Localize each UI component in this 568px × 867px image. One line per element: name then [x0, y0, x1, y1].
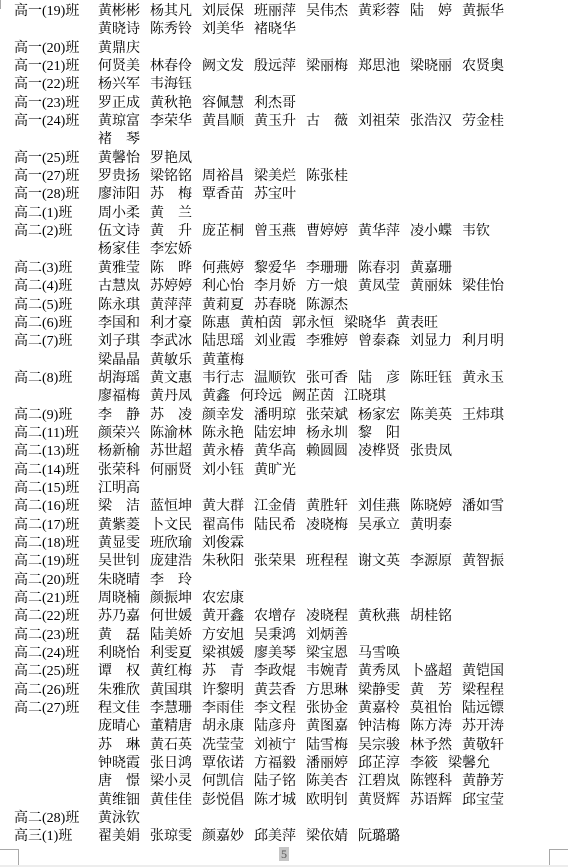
- student-name: 苏 琳: [98, 737, 140, 755]
- student-name: 黄智振: [462, 553, 504, 571]
- student-name: 温顺钦: [254, 370, 296, 388]
- student-name: 苏春晓: [254, 297, 296, 315]
- table-row: 高二(13)班 杨新榆苏世超黄永椿黄华高赖圆圆凌桦贤张贵凤: [0, 443, 568, 461]
- student-name: 黄秋艳: [150, 95, 192, 113]
- student-name: 谭 权: [98, 663, 140, 681]
- student-name: 陆民希: [254, 517, 296, 535]
- student-name: 黄胜轩: [306, 498, 348, 516]
- student-name: 黄石英: [150, 737, 192, 755]
- table-row: 高二(28)班 黄泳钦: [0, 810, 568, 828]
- class-label: 高一(24)班: [14, 113, 98, 131]
- class-label: 高二(16)班: [14, 498, 98, 516]
- student-name: 黄泳钦: [98, 810, 140, 828]
- student-name: 黄图嘉: [306, 718, 348, 736]
- student-name: 杨新榆: [98, 443, 140, 461]
- student-name: 何玲远: [240, 388, 282, 406]
- class-label: 高二(19)班: [14, 553, 98, 571]
- student-name: 胡永康: [202, 718, 244, 736]
- student-name: 杨永圳: [306, 425, 348, 443]
- student-name: 覃香苗: [202, 186, 244, 204]
- student-name: 翟美娟: [98, 828, 140, 846]
- student-name: 黄敬轩: [462, 737, 504, 755]
- student-name: 林春伶: [150, 58, 192, 76]
- student-name: 黄柏茵: [240, 315, 282, 333]
- student-name: 劳金桂: [462, 113, 504, 131]
- student-name: 黄嘉珊: [410, 260, 452, 278]
- student-name: 刘业霞: [254, 333, 296, 351]
- student-name: 黎 阳: [358, 425, 400, 443]
- class-label: 高二(1)班: [14, 205, 98, 223]
- student-name: 曾玉燕: [254, 223, 296, 241]
- class-label: 高二(27)班: [14, 700, 98, 718]
- student-name: 梁美烂: [254, 168, 296, 186]
- class-label: 高二(9)班: [14, 407, 98, 425]
- student-name: 朱晓晴: [98, 572, 140, 590]
- student-name: 陈春羽: [358, 260, 400, 278]
- student-name: 黄彩蓉: [358, 3, 400, 21]
- table-row: 高二(1)班 周小柔黄 兰: [0, 205, 568, 223]
- student-name: 胡桂铭: [410, 608, 452, 626]
- student-name: 颜幸发: [202, 407, 244, 425]
- table-row: 钟晓霞张日鸿覃依诺方福毅潘丽婷邱芷淳李筱梁馨允: [0, 755, 568, 773]
- student-name: 邱宝莹: [462, 792, 504, 810]
- student-name: 利雯夏: [150, 645, 192, 663]
- student-name: 梁晓丽: [410, 58, 452, 76]
- student-name: 农增存: [254, 608, 296, 626]
- table-row: 苏 琳黄石英冼莹莹刘祯宁陆雪梅吴宗骏林予然黄敬轩: [0, 737, 568, 755]
- student-name: 李雅婷: [306, 333, 348, 351]
- student-name: 陈才城: [254, 792, 296, 810]
- class-label: 高二(8)班: [14, 370, 98, 388]
- student-name: 许黎明: [202, 682, 244, 700]
- student-name: 潘如雪: [462, 498, 504, 516]
- student-name: 周小柔: [98, 205, 140, 223]
- student-name: 黄鼎庆: [98, 40, 140, 58]
- class-label: 高二(4)班: [14, 278, 98, 296]
- student-name: 黄 磊: [98, 627, 140, 645]
- student-name: 黄显雯: [98, 535, 140, 553]
- class-label: 高一(20)班: [14, 40, 98, 58]
- student-name: 黄佳佳: [150, 792, 192, 810]
- table-row: 高一(25)班 黄馨怡罗艳凤: [0, 150, 568, 168]
- student-name: 黄 芳: [410, 682, 452, 700]
- student-name: 陈晓婷: [410, 498, 452, 516]
- class-label: 高二(22)班: [14, 608, 98, 626]
- table-row: 高二(9)班 李 静苏 凌颜幸发潘明琼张荣斌杨家宏陈美英王炜琪: [0, 407, 568, 425]
- student-name: 班丽萍: [254, 3, 296, 21]
- student-name: 黄文惠: [150, 370, 192, 388]
- student-name: 古慧岚: [98, 278, 140, 296]
- student-name: 张可香: [306, 370, 348, 388]
- student-name: 谢文英: [358, 553, 400, 571]
- student-name: 冼莹莹: [202, 737, 244, 755]
- student-name: 邱芷淳: [358, 755, 400, 773]
- student-name: 翟高伟: [202, 517, 244, 535]
- student-name: 杨家佳: [98, 241, 140, 259]
- student-name: 凌桦贤: [358, 443, 400, 461]
- student-name: 潘丽婷: [306, 755, 348, 773]
- student-name: 黄华萍: [358, 223, 400, 241]
- student-name: 黄华高: [254, 443, 296, 461]
- student-name: 黄玉升: [254, 113, 296, 131]
- student-name: 李文程: [254, 700, 296, 718]
- student-name: 黄嘉柃: [358, 700, 400, 718]
- student-name: 卜盛超: [410, 663, 452, 681]
- student-name: 刘炳善: [306, 627, 348, 645]
- table-row: 高二(24)班 利晓怡利雯夏梁祺媛廖美琴梁宝恩马雪唤: [0, 645, 568, 663]
- class-label: 高一(23)班: [14, 95, 98, 113]
- student-name: 曾泰森: [358, 333, 400, 351]
- student-name: 方一烺: [306, 278, 348, 296]
- student-name: 古 薇: [306, 113, 348, 131]
- student-name: 黄贤辉: [358, 792, 400, 810]
- text-boundary-mark-bottom-left: [0, 849, 19, 865]
- table-row: 高一(21)班 何贤美林春伶阙文发殷远萍梁丽梅郑思池梁晓丽农贤奥: [0, 58, 568, 76]
- student-name: 黄振华: [462, 3, 504, 21]
- student-name: 利心怡: [202, 278, 244, 296]
- student-name: 韦海钰: [150, 76, 192, 94]
- student-name: 农宏康: [202, 590, 244, 608]
- student-name: 梁依婧: [306, 828, 348, 846]
- student-name: 廖沛阳: [98, 186, 140, 204]
- class-label: 高二(5)班: [14, 297, 98, 315]
- student-name: 梁铭铭: [150, 168, 192, 186]
- table-row: 高二(20)班 朱晓晴李 玲: [0, 572, 568, 590]
- class-label: 高二(25)班: [14, 663, 98, 681]
- student-name: 黄丹凤: [150, 388, 192, 406]
- student-name: 李雨佳: [202, 700, 244, 718]
- student-name: 王炜琪: [462, 407, 504, 425]
- student-name: 陈 晔: [150, 260, 192, 278]
- student-name: 陈秀铃: [150, 21, 192, 39]
- student-name: 苏 梅: [150, 186, 192, 204]
- student-name: 庞建浩: [150, 553, 192, 571]
- student-name: 梁小灵: [150, 773, 192, 791]
- student-name: 周晓楠: [98, 590, 140, 608]
- student-name: 黄莉夏: [202, 297, 244, 315]
- student-name: 梁静雯: [358, 682, 400, 700]
- class-label: 高一(21)班: [14, 58, 98, 76]
- student-name: 陈旺钰: [410, 370, 452, 388]
- student-name: 马雪唤: [358, 645, 400, 663]
- student-name: 何贤美: [98, 58, 140, 76]
- student-name: 陆子铭: [254, 773, 296, 791]
- table-row: 高二(6)班 李国和利才豪陈惠黄柏茵郭永恒梁晓华黄表旺: [0, 315, 568, 333]
- student-name: 梁程程: [462, 682, 504, 700]
- student-name: 梁丽梅: [306, 58, 348, 76]
- student-name: 张荣果: [254, 553, 296, 571]
- student-name: 李政焜: [254, 663, 296, 681]
- student-name: 吴承立: [358, 517, 400, 535]
- student-name: 黄国琪: [150, 682, 192, 700]
- student-name: 罗正成: [98, 95, 140, 113]
- student-name: 何燕婷: [202, 260, 244, 278]
- student-name: 刘辰保: [202, 3, 244, 21]
- student-name: 吴宗骏: [358, 737, 400, 755]
- student-name: 钟晓霞: [98, 755, 140, 773]
- student-name: 李珊珊: [306, 260, 348, 278]
- student-name: 梁晓华: [344, 315, 386, 333]
- student-name: 李 静: [98, 407, 140, 425]
- student-name: 董精唐: [150, 718, 192, 736]
- student-name: 黄明泰: [410, 517, 452, 535]
- student-name: 黄紫菱: [98, 517, 140, 535]
- student-name: 江碧岚: [358, 773, 400, 791]
- student-name: 陆雪梅: [306, 737, 348, 755]
- student-name: 张协金: [306, 700, 348, 718]
- student-name: 黄红梅: [150, 663, 192, 681]
- student-name: 莫祖怡: [410, 700, 452, 718]
- student-name: 陆 婷: [410, 3, 452, 21]
- student-name: 何丽贤: [150, 462, 192, 480]
- student-name: 朱雅欣: [98, 682, 140, 700]
- table-row: 高一(20)班 黄鼎庆: [0, 40, 568, 58]
- table-row: 高二(8)班 胡海瑶黄文惠韦行志温顺钦张可香陆 彦陈旺钰黄永玉: [0, 370, 568, 388]
- student-name: 苏宝叶: [254, 186, 296, 204]
- student-name: 黄铠国: [462, 663, 504, 681]
- class-label: 高二(18)班: [14, 535, 98, 553]
- class-label: 高一(25)班: [14, 150, 98, 168]
- table-row: 廖福梅黄丹凤黄鑫何玲远阙芷茵江晓琪: [0, 388, 568, 406]
- student-name: 潘明琼: [254, 407, 296, 425]
- student-name: 罗艳凤: [150, 150, 192, 168]
- class-label: 高二(14)班: [14, 462, 98, 480]
- student-name: 梁祺媛: [202, 645, 244, 663]
- class-label: 高二(3)班: [14, 260, 98, 278]
- student-name: 刘美华: [202, 21, 244, 39]
- student-name: 江金倩: [254, 498, 296, 516]
- student-name: 黄静芳: [462, 773, 504, 791]
- student-name: 黄大群: [202, 498, 244, 516]
- student-name: 庞晴心: [98, 718, 140, 736]
- student-name: 班欣瑜: [150, 535, 192, 553]
- student-name: 梁 洁: [98, 498, 140, 516]
- table-row: 唐 憬梁小灵何凯信陆子铭陈美杏江碧岚陈铿科黄静芳: [0, 773, 568, 791]
- student-name: 黄丽妹: [410, 278, 452, 296]
- table-row: 高二(3)班 黄雅莹陈 晔何燕婷黎爱华李珊珊陈春羽黄嘉珊: [0, 260, 568, 278]
- student-name: 蓝恒坤: [150, 498, 192, 516]
- table-row: 高二(15)班 江明高: [0, 480, 568, 498]
- student-name: 黄雅莹: [98, 260, 140, 278]
- table-row: 高二(25)班 谭 权黄红梅苏 青李政焜韦婉青黄秀凤卜盛超黄铠国: [0, 663, 568, 681]
- student-name: 韦行志: [202, 370, 244, 388]
- student-name: 陈美英: [410, 407, 452, 425]
- table-row: 高三(1)班 翟美娟张琼雯颜嘉妙邱美萍梁依婧阮璐璐: [0, 828, 568, 846]
- table-row: 高二(7)班 刘子琪李武冰陆思瑶刘业霞李雅婷曾泰森刘显力利月明: [0, 333, 568, 351]
- student-name: 吴伟杰: [306, 3, 348, 21]
- student-name: 班程程: [306, 553, 348, 571]
- student-name: 张日鸿: [150, 755, 192, 773]
- student-name: 覃依诺: [202, 755, 244, 773]
- class-label: 高二(2)班: [14, 223, 98, 241]
- page-number-field: 5: [279, 847, 289, 861]
- student-name: 陈铿科: [410, 773, 452, 791]
- student-name: 李慧珊: [150, 700, 192, 718]
- student-name: 黄萍萍: [150, 297, 192, 315]
- student-name: 利月明: [462, 333, 504, 351]
- student-name: 陆宏坤: [254, 425, 296, 443]
- student-name: 利才豪: [150, 315, 192, 333]
- class-label: 高一(27)班: [14, 168, 98, 186]
- student-name: 黄敏乐: [150, 352, 192, 370]
- student-name: 黄旷光: [254, 462, 296, 480]
- class-label: 高二(26)班: [14, 682, 98, 700]
- student-name: 利杰哥: [254, 95, 296, 113]
- student-name: 黄秀凤: [358, 663, 400, 681]
- student-name: 黄永椿: [202, 443, 244, 461]
- student-name: 苏婷婷: [150, 278, 192, 296]
- student-name: 梁宝恩: [306, 645, 348, 663]
- student-name: 吴世钊: [98, 553, 140, 571]
- student-name: 周裕昌: [202, 168, 244, 186]
- student-name: 江明高: [98, 480, 140, 498]
- table-row: 高二(5)班 陈永琪黄萍萍黄莉夏苏春晓陈源杰: [0, 297, 568, 315]
- student-name: 林予然: [410, 737, 452, 755]
- class-label: 高二(28)班: [14, 810, 98, 828]
- text-boundary-mark-bottom-right: [549, 849, 568, 865]
- student-name: 朱秋阳: [202, 553, 244, 571]
- student-name: 黄馨怡: [98, 150, 140, 168]
- student-name: 彭悦倡: [202, 792, 244, 810]
- table-row: 高二(16)班 梁 洁蓝恒坤黄大群江金倩黄胜轩刘佳燕陈晓婷潘如雪: [0, 498, 568, 516]
- student-name: 卜文民: [150, 517, 192, 535]
- table-row: 高二(2)班 伍文诗黄 升庞芷桐曾玉燕曹婷婷黄华萍凌小蝶韦钦: [0, 223, 568, 241]
- class-label: 高一(28)班: [14, 186, 98, 204]
- student-name: 黄晓诗: [98, 21, 140, 39]
- class-label: 高二(21)班: [14, 590, 98, 608]
- student-name: 何世媛: [150, 608, 192, 626]
- roster-rows: 高一(19)班 黄彬彬杨其凡刘辰保班丽萍吴伟杰黄彩蓉陆 婷黄振华 黄晓诗陈秀铃刘…: [0, 3, 568, 847]
- class-label: 高二(20)班: [14, 572, 98, 590]
- student-name: 黄昌顺: [202, 113, 244, 131]
- student-name: 李国和: [98, 315, 140, 333]
- student-name: 阮璐璐: [358, 828, 400, 846]
- student-name: 唐 憬: [98, 773, 140, 791]
- student-name: 颜嘉妙: [202, 828, 244, 846]
- student-name: 刘佳燕: [358, 498, 400, 516]
- student-name: 钟洁梅: [358, 718, 400, 736]
- class-label: 高二(7)班: [14, 333, 98, 351]
- class-label: 高二(15)班: [14, 480, 98, 498]
- student-name: 苏语辉: [410, 792, 452, 810]
- student-name: 陈渝林: [150, 425, 192, 443]
- student-name: 苏开涛: [462, 718, 504, 736]
- student-name: 程文佳: [98, 700, 140, 718]
- table-row: 高二(19)班 吴世钊庞建浩朱秋阳张荣果班程程谢文英李源原黄智振: [0, 553, 568, 571]
- student-name: 张浩汉: [410, 113, 452, 131]
- student-name: 容佩慧: [202, 95, 244, 113]
- student-name: 郭永恒: [292, 315, 334, 333]
- table-row: 杨家佳李宏娇: [0, 241, 568, 259]
- student-name: 褚 琴: [98, 131, 140, 149]
- student-name: 阙芷茵: [292, 388, 334, 406]
- class-label: 高二(24)班: [14, 645, 98, 663]
- student-name: 吴秉鸿: [254, 627, 296, 645]
- student-name: 苏 凌: [150, 407, 192, 425]
- table-row: 梁晶晶黄敏乐黄董梅: [0, 352, 568, 370]
- student-name: 张贵凤: [410, 443, 452, 461]
- student-name: 韦婉青: [306, 663, 348, 681]
- student-name: 刘子琪: [98, 333, 140, 351]
- student-name: 凌小蝶: [410, 223, 452, 241]
- student-name: 刘祖荣: [358, 113, 400, 131]
- student-name: 李 玲: [150, 572, 192, 590]
- student-name: 颜荣兴: [98, 425, 140, 443]
- student-name: 李荣华: [150, 113, 192, 131]
- class-label: 高一(19)班: [14, 3, 98, 21]
- student-name: 黄维钿: [98, 792, 140, 810]
- student-name: 陈张桂: [306, 168, 348, 186]
- student-name: 张荣斌: [306, 407, 348, 425]
- student-name: 黄 兰: [150, 205, 192, 223]
- student-name: 陆美娇: [150, 627, 192, 645]
- student-name: 杨其凡: [150, 3, 192, 21]
- student-name: 刘俊霖: [202, 535, 244, 553]
- table-row: 高二(17)班 黄紫菱卜文民翟高伟陆民希凌晓梅吴承立黄明泰: [0, 517, 568, 535]
- student-name: 陈方涛: [410, 718, 452, 736]
- table-row: 庞晴心董精唐胡永康陆彦舟黄图嘉钟洁梅陈方涛苏开涛: [0, 718, 568, 736]
- table-row: 褚 琴: [0, 131, 568, 149]
- student-name: 胡海瑶: [98, 370, 140, 388]
- table-row: 高二(26)班 朱雅欣黄国琪许黎明黄芸香方思琳梁静雯黄 芳梁程程: [0, 682, 568, 700]
- student-name: 郑思池: [358, 58, 400, 76]
- student-name: 陆思瑶: [202, 333, 244, 351]
- student-name: 陈永琪: [98, 297, 140, 315]
- student-name: 黄秋燕: [358, 608, 400, 626]
- class-label: 高三(1)班: [14, 828, 98, 846]
- student-name: 江晓琪: [344, 388, 386, 406]
- student-name: 苏乃嘉: [98, 608, 140, 626]
- student-name: 殷远萍: [254, 58, 296, 76]
- student-name: 李筱: [410, 755, 438, 773]
- table-row: 黄晓诗陈秀铃刘美华褚晓华: [0, 21, 568, 39]
- student-name: 杨兴军: [98, 76, 140, 94]
- student-name: 陆 彦: [358, 370, 400, 388]
- student-name: 陆远镖: [462, 700, 504, 718]
- student-name: 黄鑫: [202, 388, 230, 406]
- student-name: 刘显力: [410, 333, 452, 351]
- student-name: 梁佳怡: [462, 278, 504, 296]
- student-name: 李宏娇: [150, 241, 192, 259]
- class-label: 高二(23)班: [14, 627, 98, 645]
- student-name: 陆彦舟: [254, 718, 296, 736]
- student-name: 曹婷婷: [306, 223, 348, 241]
- student-name: 黄芸香: [254, 682, 296, 700]
- student-name: 黄 升: [150, 223, 192, 241]
- student-name: 梁晶晶: [98, 352, 140, 370]
- student-name: 黄董梅: [202, 352, 244, 370]
- table-row: 高一(19)班 黄彬彬杨其凡刘辰保班丽萍吴伟杰黄彩蓉陆 婷黄振华: [0, 3, 568, 21]
- student-name: 黎爱华: [254, 260, 296, 278]
- student-name: 庞芷桐: [202, 223, 244, 241]
- student-name: 方安旭: [202, 627, 244, 645]
- table-row: 高一(28)班 廖沛阳苏 梅覃香苗苏宝叶: [0, 186, 568, 204]
- student-name: 廖福梅: [98, 388, 140, 406]
- student-name: 苏世超: [150, 443, 192, 461]
- table-row: 高二(23)班 黄 磊陆美娇方安旭吴秉鸿刘炳善: [0, 627, 568, 645]
- table-row: 高二(21)班 周晓楠颜振坤农宏康: [0, 590, 568, 608]
- student-name: 张琼雯: [150, 828, 192, 846]
- student-name: 凌晓梅: [306, 517, 348, 535]
- student-name: 黄永玉: [462, 370, 504, 388]
- student-name: 刘祯宁: [254, 737, 296, 755]
- table-row: 高二(22)班 苏乃嘉何世媛黄开鑫农增存凌晓程黄秋燕胡桂铭: [0, 608, 568, 626]
- student-name: 李武冰: [150, 333, 192, 351]
- student-name: 邱美萍: [254, 828, 296, 846]
- student-name: 陈惠: [202, 315, 230, 333]
- table-row: 高一(27)班 罗贵扬梁铭铭周裕昌梁美烂陈张桂: [0, 168, 568, 186]
- class-label: 高二(13)班: [14, 443, 98, 461]
